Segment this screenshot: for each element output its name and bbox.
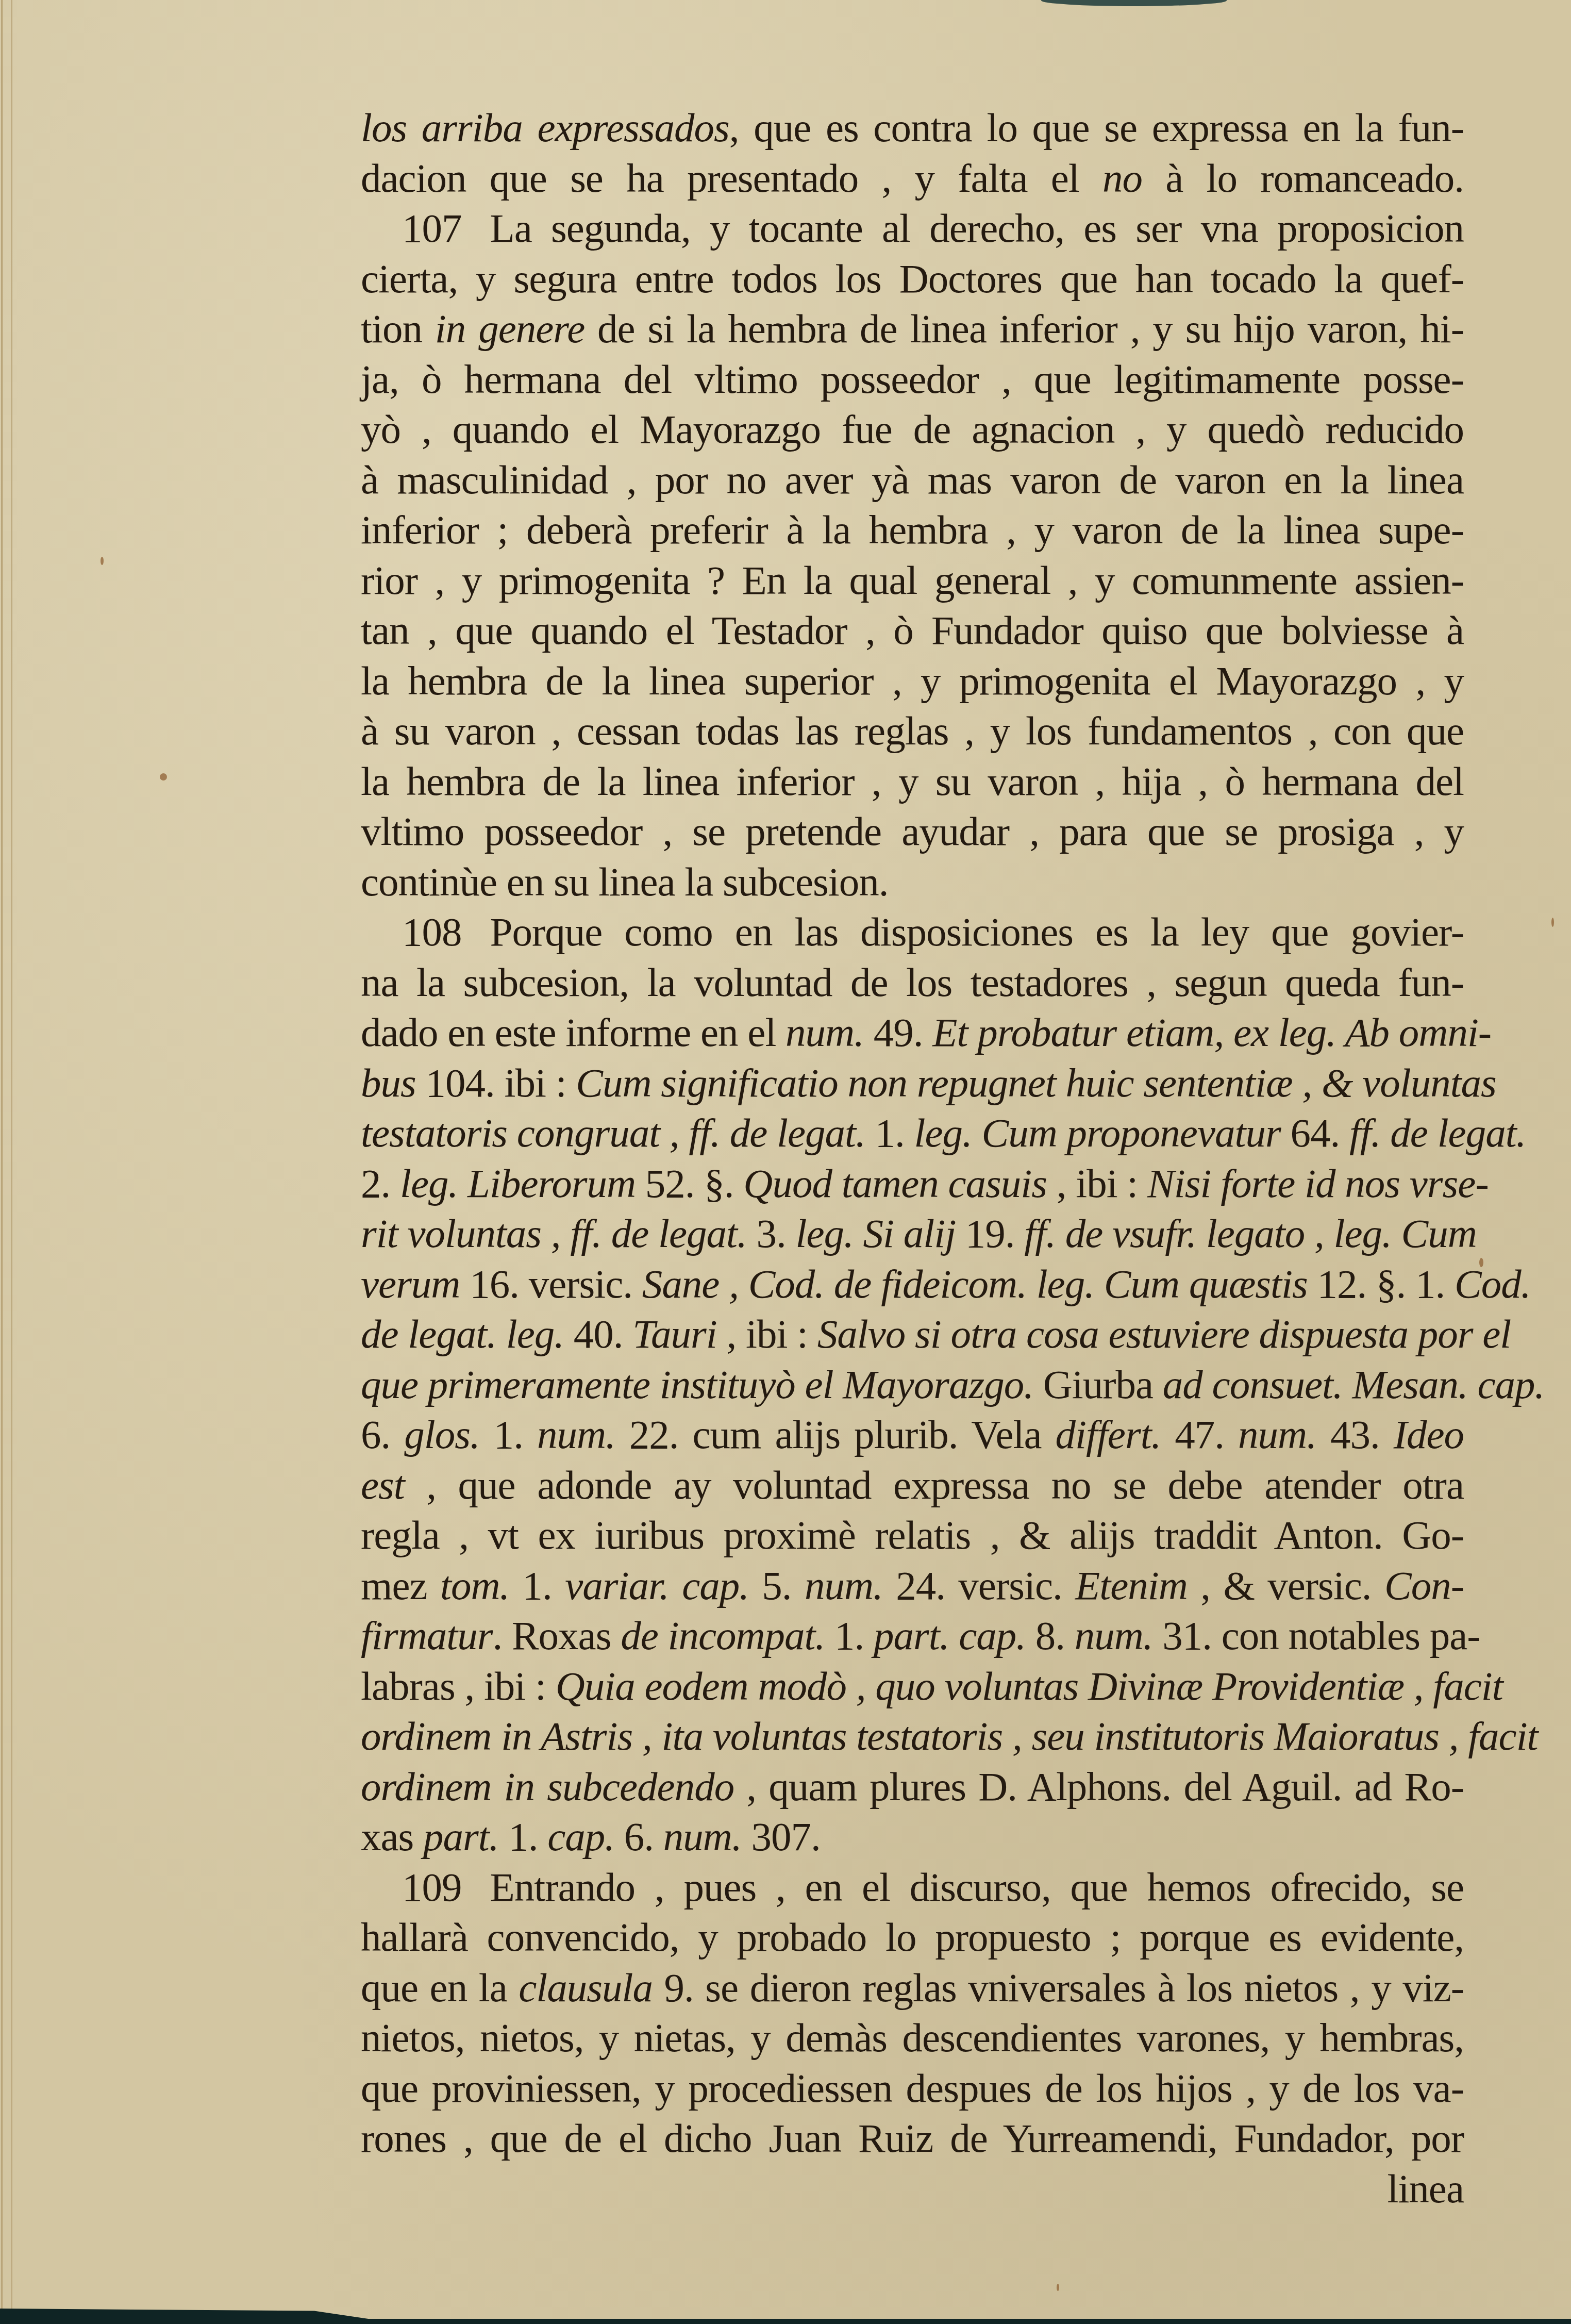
italic-citation: Con- [1384,1564,1464,1608]
paragraph-number: 108 [402,910,462,955]
text-run: yò , quando el Mayorazgo fue de agnacion… [361,407,1464,452]
italic-citation: Nisi forte id nos vrse- [1147,1161,1489,1206]
italic-citation: bus [361,1061,416,1106]
text-run: labras , ibi : [361,1664,556,1709]
text-line: 2. leg. Liberorum 52. §. Quod tamen casu… [361,1159,1464,1209]
text-run: 49. [864,1010,932,1055]
text-line: la hembra de la linea inferior , y su va… [361,757,1464,807]
text-run: ja, ò hermana del vltimo posseedor , que… [361,357,1464,402]
text-run: 6. [361,1413,404,1457]
italic-citation: leg. Cum proponevatur [914,1111,1281,1156]
text-run: 19. [956,1211,1024,1256]
text-line: ordinem in subcedendo , quam plures D. A… [361,1762,1464,1813]
text-run: 3. [747,1211,796,1256]
text-line: mez tom. 1. variar. cap. 5. num. 24. ver… [361,1561,1464,1612]
paper-page: los arriba expressados, que es contra lo… [0,0,1571,2324]
text-run: de si la hembra de linea inferior , y su… [584,307,1464,352]
text-run: , quam plures D. Alphons. del Aguil. ad … [734,1765,1464,1810]
italic-citation: cap. [547,1815,614,1860]
text-run: 1. [825,1614,874,1658]
text-line: tion in genere de si la hembra de linea … [361,304,1464,355]
italic-citation: firmatur [361,1614,492,1658]
italic-citation: Salvo si otra cosa estuviere dispuesta p… [817,1312,1511,1357]
text-run: 64. [1281,1111,1349,1156]
italic-citation: de legat. leg. [361,1312,564,1357]
italic-citation: num. [663,1815,742,1860]
text-run: Entrando , pues , en el discurso, que he… [490,1865,1464,1910]
text-line: firmatur. Roxas de incompat. 1. part. ca… [361,1611,1464,1662]
text-run: continùe en su linea la subcesion. [361,860,888,905]
text-line: verum 16. versic. Sane , Cod. de fideico… [361,1259,1464,1310]
text-line: yò , quando el Mayorazgo fue de agnacion… [361,405,1464,455]
text-run: , & versic. [1188,1564,1384,1608]
text-run: 40. [564,1312,632,1357]
text-line: bus 104. ibi : Cum significatio non repu… [361,1058,1464,1109]
text-run: tan , que quando el Testador , ò Fundado… [361,608,1464,653]
text-run: à lo romanceado. [1142,156,1464,201]
italic-citation: Quia eodem modò , quo voluntas Divinæ Pr… [556,1664,1503,1709]
italic-citation: rit voluntas , ff. de legat. [361,1211,747,1256]
italic-citation: num. [786,1010,864,1055]
text-run: La segunda, y tocante al derecho, es ser… [490,206,1464,251]
text-line: vltimo posseedor , se pretende ayudar , … [361,807,1464,857]
scan-background-edge [0,2319,1571,2324]
text-line: rit voluntas , ff. de legat. 3. leg. Si … [361,1209,1464,1259]
text-run: hallarà convencido, y probado lo propues… [361,1915,1464,1960]
text-run: linea [1387,2167,1464,2212]
text-run: , que adonde ay voluntad expressa no se … [405,1463,1464,1508]
text-run: 24. versic. [883,1564,1075,1608]
italic-citation: no [1102,156,1142,201]
italic-citation: que primeramente instituyò el Mayorazgo. [361,1363,1033,1407]
italic-citation: Sane , Cod. de fideicom. leg. Cum quæsti… [642,1262,1308,1307]
italic-citation: Et probatur etiam, ex leg. Ab omni- [932,1010,1491,1055]
text-run: à masculinidad , por no aver yà mas varo… [361,458,1464,503]
italic-citation: tom. [440,1564,509,1608]
text-run: vltimo posseedor , se pretende ayudar , … [361,809,1464,854]
text-run: 1. [499,1815,548,1860]
italic-citation: est [361,1463,405,1508]
text-run: 12. §. 1. [1308,1262,1455,1307]
text-run: 8. [1026,1614,1075,1658]
italic-citation: Cum significatio non repugnet huic sente… [576,1061,1496,1106]
text-run: 47. [1161,1413,1238,1457]
text-run: , ibi : [717,1312,817,1357]
text-line: ja, ò hermana del vltimo posseedor , que… [361,355,1464,405]
text-line: que primeramente instituyò el Mayorazgo.… [361,1360,1464,1410]
text-run: la hembra de la linea superior , y primo… [361,659,1464,704]
italic-citation: leg. Liberorum [400,1161,636,1206]
text-line: hallarà convencido, y probado lo propues… [361,1913,1464,1963]
italic-citation: ff. de legat. [1349,1111,1526,1156]
text-run: 104. ibi : [416,1061,576,1106]
paragraph-start-line: 107La segunda, y tocante al derecho, es … [361,204,1464,254]
text-line: ordinem in Astris , ita voluntas testato… [361,1712,1464,1762]
italic-citation: verum [361,1262,460,1307]
page-edge-lines [1,0,12,2324]
text-line: regla , vt ex iuribus proximè relatis , … [361,1510,1464,1561]
text-line: à masculinidad , por no aver yà mas varo… [361,455,1464,506]
italic-citation: num. [805,1564,883,1608]
text-line: dacion que se ha presentado , y falta el… [361,154,1464,204]
italic-citation: leg. Si alij [796,1211,956,1256]
text-run: . Roxas [492,1614,621,1658]
italic-citation: de incompat. [621,1614,825,1658]
text-run: nietos, nietos, y nietas, y demàs descen… [361,2016,1464,2061]
text-line: tan , que quando el Testador , ò Fundado… [361,606,1464,656]
text-run: tion [361,307,435,352]
body-text: los arriba expressados, que es contra lo… [361,103,1464,2214]
text-line: rior , y primogenita ? En la qual genera… [361,556,1464,606]
italic-citation: ordinem in subcedendo [361,1765,734,1810]
text-run: à su varon , cessan todas las reglas , y… [361,709,1464,754]
text-run: 1. [480,1413,537,1457]
text-run: 307. [742,1815,821,1860]
text-run: dado en este informe en el [361,1010,786,1055]
text-line: 6. glos. 1. num. 22. cum alijs plurib. V… [361,1410,1464,1460]
text-line: xas part. 1. cap. 6. num. 307. [361,1812,1464,1863]
text-run: 16. versic. [460,1262,642,1307]
italic-citation: glos. [404,1413,479,1457]
text-run: 22. cum alijs plurib. Vela [615,1413,1056,1457]
text-run: que en la [361,1966,519,2011]
italic-citation: los arriba expressados [361,106,729,151]
text-run: 52. §. [636,1161,743,1206]
text-line: rones , que de el dicho Juan Ruiz de Yur… [361,2114,1464,2164]
italic-citation: num. [1075,1614,1153,1658]
text-run: 1. [509,1564,565,1608]
text-run: 43. [1316,1413,1394,1457]
catchword: linea [361,2164,1464,2215]
text-line: la hembra de la linea superior , y primo… [361,656,1464,707]
ink-speck [160,773,167,781]
text-run: la hembra de la linea inferior , y su va… [361,759,1464,804]
text-line: dado en este informe en el num. 49. Et p… [361,1008,1464,1058]
italic-citation: Ideo [1394,1413,1464,1457]
text-line: na la subcesion, la voluntad de los test… [361,958,1464,1008]
italic-citation: in genere [435,307,584,352]
text-run: Porque como en las disposiciones es la l… [490,910,1464,955]
italic-citation: part. cap. [874,1614,1026,1658]
text-run: 2. [361,1161,400,1206]
text-line: inferior ; deberà preferir à la hembra ,… [361,505,1464,556]
text-line: testatoris congruat , ff. de legat. 1. l… [361,1108,1464,1159]
italic-citation: testatoris congruat , ff. de legat. [361,1111,875,1156]
text-run: xas [361,1815,423,1860]
text-run: 1. [875,1111,914,1156]
text-line: continùe en su linea la subcesion. [361,857,1464,908]
text-run: , ibi : [1047,1161,1147,1206]
text-line: los arriba expressados, que es contra lo… [361,103,1464,154]
text-run: 5. [749,1564,805,1608]
text-run: Giurba [1033,1363,1163,1407]
paragraph-number: 107 [402,206,462,251]
text-run: mez [361,1564,440,1608]
italic-citation: num. [537,1413,615,1457]
text-run: dacion que se ha presentado , y falta el [361,156,1102,201]
italic-citation: part. [423,1815,498,1860]
italic-citation: ad consuet. Mesan. cap. [1163,1363,1545,1407]
text-run: 6. [614,1815,663,1860]
paragraph-start-line: 108Porque como en las disposiciones es l… [361,907,1464,958]
ink-speck [1551,918,1554,927]
paragraph-start-line: 109Entrando , pues , en el discurso, que… [361,1863,1464,1913]
text-line: que proviniessen, y procediessen despues… [361,2064,1464,2114]
italic-citation: differt. [1056,1413,1161,1457]
text-line: cierta, y segura entre todos los Doctore… [361,254,1464,305]
ink-speck [1057,2284,1059,2291]
scan-clip-shadow [1041,0,1227,6]
paragraph-number: 109 [402,1865,462,1910]
text-run: rior , y primogenita ? En la qual genera… [361,558,1464,603]
text-run: rones , que de el dicho Juan Ruiz de Yur… [361,2116,1464,2161]
italic-citation: Cod. [1455,1262,1530,1307]
text-line: que en la clausula 9. se dieron reglas v… [361,1963,1464,2014]
text-line: de legat. leg. 40. Tauri , ibi : Salvo s… [361,1309,1464,1360]
italic-citation: Quod tamen casuis [743,1161,1047,1206]
italic-citation: variar. cap. [565,1564,749,1608]
text-line: à su varon , cessan todas las reglas , y… [361,706,1464,757]
italic-citation: Etenim [1075,1564,1188,1608]
text-run: cierta, y segura entre todos los Doctore… [361,257,1464,302]
text-run: 9. se dieron reglas vniversales à los ni… [653,1966,1464,2011]
italic-citation: clausula [519,1966,653,2011]
text-run: 31. con notables pa- [1153,1614,1480,1658]
italic-citation: Tauri [632,1312,716,1357]
text-line: labras , ibi : Quia eodem modò , quo vol… [361,1662,1464,1712]
italic-citation: ff. de vsufr. legato , leg. Cum [1024,1211,1476,1256]
ink-speck [101,557,104,565]
italic-citation: ordinem in Astris , ita voluntas testato… [361,1714,1538,1759]
text-line: est , que adonde ay voluntad expressa no… [361,1460,1464,1511]
text-run: que proviniessen, y procediessen despues… [361,2066,1464,2111]
italic-citation: num. [1238,1413,1316,1457]
text-line: nietos, nietos, y nietas, y demàs descen… [361,2013,1464,2064]
text-run: , que es contra lo que se expressa en la… [729,106,1464,151]
text-run: na la subcesion, la voluntad de los test… [361,960,1464,1005]
text-run: inferior ; deberà preferir à la hembra ,… [361,508,1464,553]
text-run: regla , vt ex iuribus proximè relatis , … [361,1513,1464,1558]
